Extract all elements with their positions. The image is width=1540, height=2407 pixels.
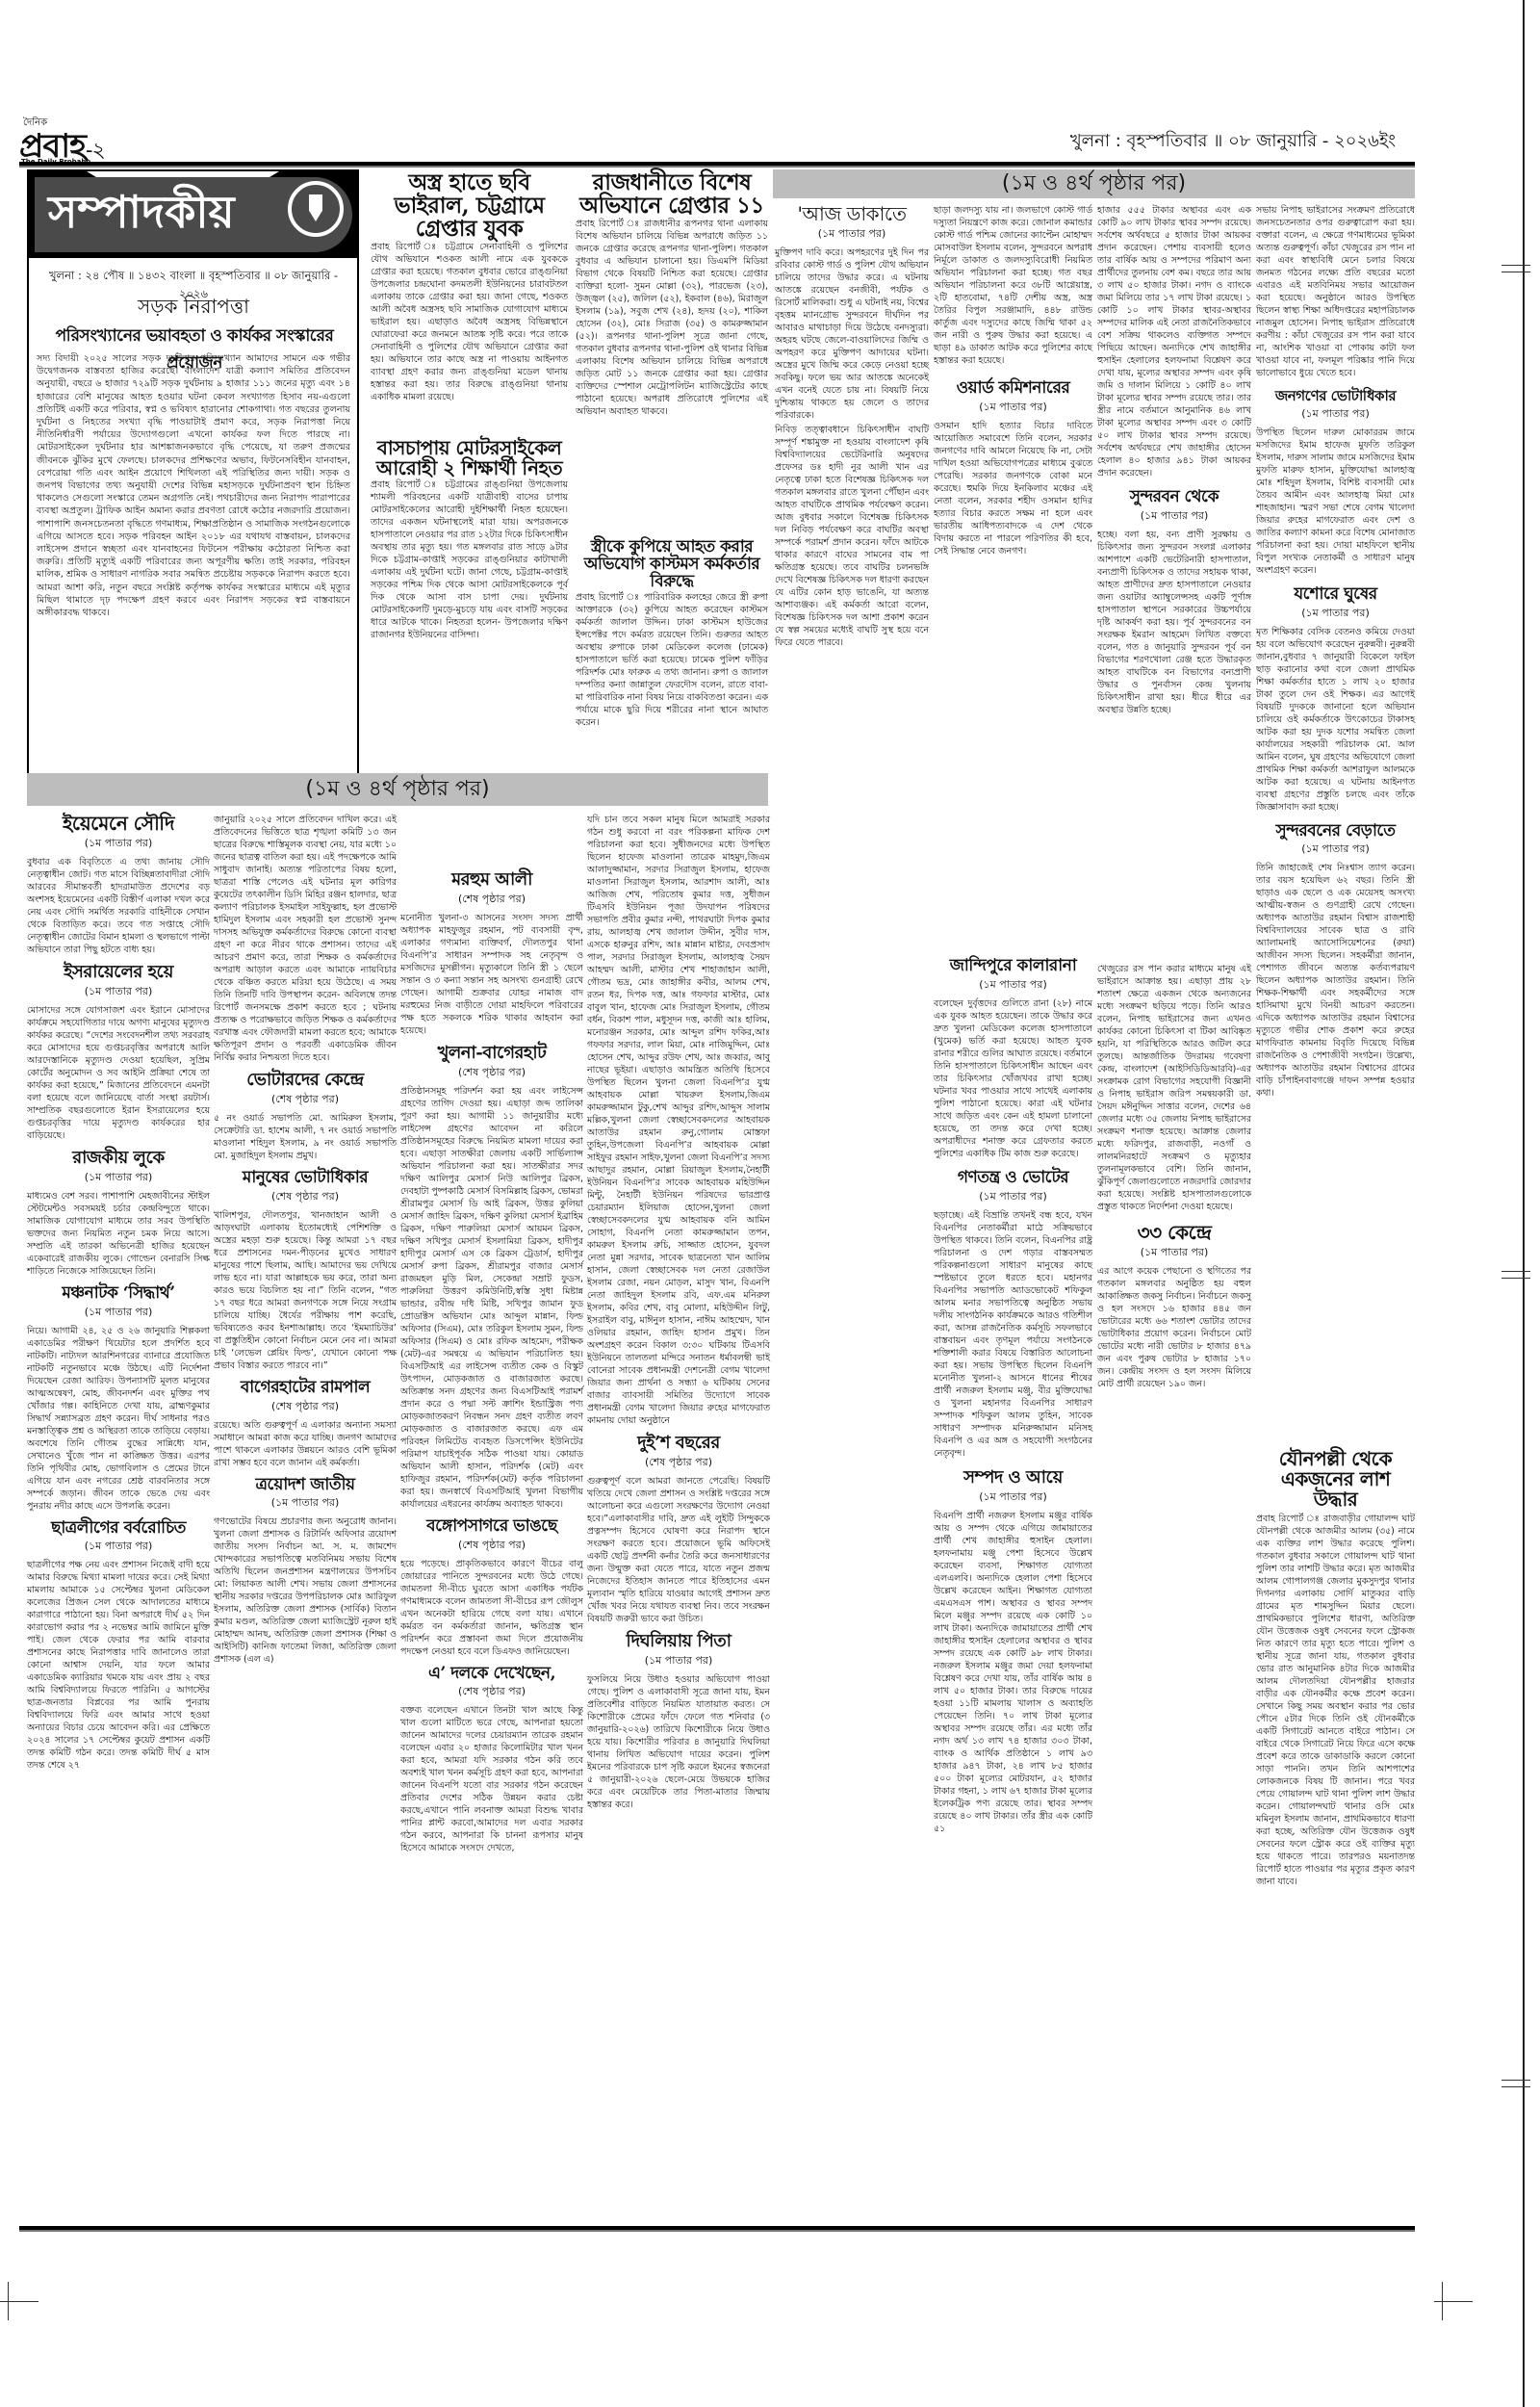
article-body: জানুয়ারি ২০২৫ সালে প্রতিবেদন দাখিল করে।… — [214, 814, 397, 1064]
fountain-pen-icon — [288, 181, 344, 237]
headline: ইসরায়েলের হয়ে — [27, 964, 210, 982]
headline: ত্রয়োদশ জাতীয় — [214, 1477, 397, 1494]
newspaper-logo: প্রবাহ-২ — [19, 121, 105, 176]
continuation-note: (শেষ পৃষ্ঠার পর) — [214, 1398, 397, 1416]
continuation-note: (১ম পাতার পর) — [27, 1538, 210, 1556]
headline: সুন্দরবনের বেড়াতে — [1256, 823, 1415, 841]
registration-tick — [1501, 2080, 1530, 2087]
article-body: হয়ে পড়েছে। প্রাকৃতিকভাবে কারণে বীচের ব… — [400, 1558, 583, 1658]
continuation-note: (১ম পাতার পর) — [587, 1652, 770, 1670]
article-body: মনোনীত খুলনা-৩ আসনের সংসদ সদস্য প্রার্থী… — [400, 912, 583, 1037]
headline: গণতন্ত্র ও ভোটের — [934, 1170, 1092, 1187]
article-col-4: যদি চান তবে সকল মানুষ মিলে আমরাই সরকার গ… — [587, 814, 770, 1811]
headline: বাসচাপায় মোটরসাইকেল আরোহী ২ শিক্ষার্থী … — [371, 438, 568, 479]
headline: সুন্দরবন থেকে — [1097, 489, 1251, 506]
article-col-2: জানুয়ারি ২০২৫ সালে প্রতিবেদন দাখিল করে।… — [214, 814, 397, 1666]
continuation-note: (১ম পাতার পর) — [1256, 405, 1415, 424]
headline: মানুষের ভোটাধিকার — [214, 1170, 397, 1187]
headline: ছাত্রলীগের বর্বরোচিত — [27, 1520, 210, 1538]
continuation-note: (১ম পাতার পর) — [27, 1169, 210, 1187]
continuation-note: (১ম পাতার পর) — [27, 835, 210, 853]
editorial-body: সদ্য বিদায়ী ২০২৫ সালের সড়ক দুর্ঘটনার প… — [37, 352, 350, 619]
article-body: মাধ্যমেও বেশ সরব। পাশাপাশি মেহজাবীনের স্… — [27, 1190, 210, 1278]
headline: সম্পদ ও আয়ে — [934, 1469, 1092, 1488]
article-body: উপস্থিত ছিলেন দারুল মোকাররম জামে মসজিদের… — [1256, 427, 1415, 577]
article-jandipur: জান্দিপুরে কালারানা (১ম পাতার পর) বলেছেন… — [934, 958, 1092, 1835]
masthead: দৈনিক প্রবাহ-২ The Daily Probaho — [19, 116, 212, 164]
article-body: প্রতিষ্ঠানসমূহ পরিদর্শন করা হয় এবং লাইস… — [400, 1085, 583, 1511]
article-body: তিনি জাহাজেই শেষ নিঃশ্বাস ত্যাগ করেন। তা… — [1256, 862, 1415, 1100]
article-body: প্রবাহ রিপোর্ট ঃ চট্টগ্রামে সেনাবাহিনী ও… — [371, 241, 568, 403]
continuation-note: (শেষ পৃষ্ঠার পর) — [214, 1188, 397, 1206]
continuation-band-top: (১ম ও ৪র্থ পৃষ্ঠার পর) — [773, 169, 1415, 198]
article-tiger-vet: খেজুরের রস পান করার মাধ্যমে মানুষ এই ভাই… — [1097, 963, 1251, 1390]
crop-mark-bottom-left — [0, 2282, 38, 2320]
headline: বাগেরহাটের রামপাল — [214, 1380, 397, 1397]
article-body: বিএনপি প্রার্থী নজরুল ইসলাম মঞ্জুর বার্ষ… — [934, 1510, 1092, 1835]
header-dateline: খুলনা : বৃহস্পতিবার ॥ ০৮ জানুয়ারি - ২০২… — [1070, 127, 1396, 157]
article-body: খালিশপুর, দৌলতপুর, খানজাহান আলী ও আড়ংঘা… — [214, 1209, 397, 1372]
continuation-note: (১ম পাতার পর) — [934, 976, 1092, 995]
headline: রাজকীয় লুকে — [27, 1150, 210, 1168]
article-body: মুক্তিপণ দাবি করে। অপহরণের দুই দিন পর রব… — [775, 246, 929, 422]
headline: জান্দিপুরে কালারানা — [934, 958, 1092, 975]
headline: দুই’শ বছরের — [587, 1435, 770, 1453]
continuation-band-middle: (১ম ও ৪র্থ পৃষ্ঠার পর) — [27, 773, 768, 806]
article-dhaka-arrest: রাজধানীতে বিশেষ অভিযানে গ্রেপ্তার ১১ প্র… — [576, 171, 768, 418]
article-col-1: ইয়েমেনে সৌদি (১ম পাতার পর) বুধবার এক বি… — [27, 814, 210, 1772]
headline: ওয়ার্ড কমিশনারের — [934, 380, 1092, 398]
headline: মঞ্চনাটক ‘সিদ্ধার্থ’ — [27, 1285, 210, 1303]
continuation-note: (১ম পাতার পর) — [934, 1488, 1092, 1507]
headline: 'আজ ডাকাতে — [775, 204, 929, 224]
headline: জনগণের ভোটাধিকার — [1256, 389, 1415, 404]
headline: রাজধানীতে বিশেষ অভিযানে গ্রেপ্তার ১১ — [576, 171, 768, 218]
headline: দিঘলিয়ায় পিতা — [587, 1633, 770, 1651]
article-nipah-meeting: সভায় নিপাহ ভাইরাসের সংক্রমণ প্রতিরোধে জ… — [1256, 204, 1415, 1100]
article-bus-crash: বাসচাপায় মোটরসাইকেল আরোহী ২ শিক্ষার্থী … — [371, 438, 568, 641]
continuation-note: (১ম পাতার পর) — [1256, 605, 1415, 623]
continuation-note: (শেষ পৃষ্ঠার পর) — [400, 1064, 583, 1082]
continuation-note: (শেষ পৃষ্ঠার পর) — [400, 891, 583, 909]
top-rule — [19, 162, 1415, 168]
headline: ৩৩ কেন্দ্রে — [1097, 1223, 1251, 1243]
article-body: ৫ নং ওয়ার্ড সভাপতি মো. আমিরুল ইসলাম, সে… — [214, 1112, 397, 1162]
continuation-note: (১ম পাতার পর) — [934, 1188, 1092, 1206]
article-chattogram-arrest: অস্ত্র হাতে ছবি ভাইরাল, চট্টগ্রামে গ্রেপ… — [371, 171, 568, 403]
crop-mark-bottom-right — [1434, 2282, 1473, 2320]
editorial-title: সম্পাদকীয় — [48, 179, 235, 252]
article-body: বলেছেন দুর্বৃত্তদের গুলিতে রানা (২৮) নাম… — [934, 997, 1092, 1160]
editorial-banner: সম্পাদকীয় — [29, 171, 357, 258]
continuation-note: (১ম পাতার পর) — [775, 225, 929, 244]
continuation-note: (শেষ পৃষ্ঠার পর) — [587, 1454, 770, 1472]
headline: খুলনা-বাগেরহাট — [400, 1045, 583, 1063]
article-body: ছাড়া জলদস্যু যায় না। জলভাগে কোস্ট গার্… — [934, 204, 1092, 367]
article-body: মৃত শিক্ষিকার বেসিক বেতনও কমিয়ে দেওয়া … — [1256, 626, 1415, 814]
headline: ভোটারদের কেন্দ্রে — [214, 1072, 397, 1090]
headline: মরহুম আলী — [400, 871, 583, 890]
continuation-note: (১ম পাতার পর) — [1256, 841, 1415, 859]
editorial-kicker: সড়ক নিরাপত্তা — [35, 293, 352, 324]
article-body: ফুসলিয়ে নিয়ে উধাও হওয়ার অভিযোগ পাওয়া… — [587, 1673, 770, 1811]
article-body: হাজার ৫৫৫ টাকার অস্থাবর এবং এক কোটি ৯০ ল… — [1097, 204, 1251, 479]
article-body: গণভোটের বিষয়ে প্রচারণার জন্য অনুরোধ জান… — [214, 1515, 397, 1666]
article-col-3: মরহুম আলী (শেষ পৃষ্ঠার পর) মনোনীত খুলনা-… — [400, 814, 583, 1854]
article-body: ওসমান হাদি হত্যার বিচার দাবিতে আয়োজিত স… — [934, 420, 1092, 557]
headline: স্ত্রীকে কুপিয়ে আহত করার অভিযোগ কাস্টমস… — [576, 539, 768, 591]
article-body: সভায় নিপাহ ভাইরাসের সংক্রমণ প্রতিরোধে জ… — [1256, 204, 1415, 379]
headline: যশোরে ঘুষের — [1256, 586, 1415, 604]
article-body: নিবিড় তত্ত্বাবধানে চিকিৎসাধীন বাঘটি সম্… — [775, 424, 929, 649]
article-coast-guard: ছাড়া জলদস্যু যায় না। জলভাগে কোস্ট গার্… — [934, 204, 1092, 557]
article-wealth: হাজার ৫৫৫ টাকার অস্থাবর এবং এক কোটি ৯০ ল… — [1097, 204, 1251, 716]
article-body: মোসাদের সঙ্গে যোগসাজশ এবং ইরানে মোসাদের … — [27, 1004, 210, 1142]
article-body: ছড়াচ্ছে। এই বিভ্রান্তি তখনই বন্ধ হবে, য… — [934, 1209, 1092, 1460]
continuation-note: (১ম পাতার পর) — [934, 399, 1092, 417]
article-body: প্রবাহ রিপোর্ট ঃ রাজবাড়ীর গোয়ালন্দ ঘাট… — [1256, 1513, 1415, 1888]
newspaper-page: দৈনিক প্রবাহ-২ The Daily Probaho খুলনা :… — [0, 0, 1540, 2407]
bottom-rule — [19, 2226, 1415, 2232]
headline: বঙ্গোপসাগরে ভাঙছে — [400, 1518, 583, 1536]
article-body: যদি চান তবে সকল মানুষ মিলে আমরাই সরকার গ… — [587, 814, 770, 1427]
article-customs-officer: স্ত্রীকে কুপিয়ে আহত করার অভিযোগ কাস্টমস… — [576, 539, 768, 729]
article-body: রয়েছে। অতি গুরুত্বপূর্ণ এ এলাকার অন্যান… — [214, 1419, 397, 1469]
continuation-note: (শেষ পৃষ্ঠার পর) — [214, 1091, 397, 1109]
continuation-note: (১ম পাতার পর) — [27, 983, 210, 1001]
continuation-note: (১ম পাতার পর) — [214, 1494, 397, 1513]
editorial-box: সম্পাদকীয় খুলনা : ২৪ পৌষ ॥ ১৪৩২ বাংলা ॥… — [27, 169, 359, 795]
continuation-note: (১ম পাতার পর) — [1097, 1244, 1251, 1262]
article-body: নিয়ে। আগামী ২৪, ২৫ ও ২৬ জানুয়ারি শিল্প… — [27, 1325, 210, 1513]
article-body: গুরুত্বপূর্ণ বলে আমরা জানতে পেরেছি। বিষয… — [587, 1475, 770, 1625]
headline: যৌনপল্লী থেকে একজনের লাশ উদ্ধার — [1256, 1449, 1415, 1510]
registration-tick — [1501, 1271, 1530, 1279]
continuation-note: (শেষ পৃষ্ঠার পর) — [400, 1537, 583, 1555]
article-body: ছাত্রলীগের পক্ষ নেয় এবং প্রশাসন নিজেই ব… — [27, 1559, 210, 1772]
article-body: বক্তব্য বলেছেন এখানে তিনটা খাল আছে কিন্ত… — [400, 1704, 583, 1854]
article-33-centre: যৌনপল্লী থেকে একজনের লাশ উদ্ধার প্রবাহ র… — [1256, 1449, 1415, 1898]
continuation-note: (১ম পাতার পর) — [1097, 507, 1251, 526]
article-body: প্রবাহ রিপোর্ট ঃ পারিবারিক কলহের জেরে স্… — [576, 591, 768, 729]
continuation-note: (শেষ পৃষ্ঠার পর) — [400, 1683, 583, 1701]
article-aaj-dakate: 'আজ ডাকাতে (১ম পাতার পর) মুক্তিপণ দাবি ক… — [775, 204, 929, 649]
article-body: বুধবার এক বিবৃতিতে এ তথ্য জানায় সৌদি নে… — [27, 856, 210, 956]
article-body: এর আগে কয়েক পেছানো ও স্থগিতের পর গতকাল … — [1097, 1265, 1251, 1390]
headline: অস্ত্র হাতে ছবি ভাইরাল, চট্টগ্রামে গ্রেপ… — [371, 171, 568, 241]
registration-tick — [1501, 265, 1530, 272]
article-body: খেজুরের রস পান করার মাধ্যমে মানুষ এই ভাই… — [1097, 963, 1251, 1213]
headline: এ’ দলকে দেখেছেন, — [400, 1666, 583, 1683]
headline: ইয়েমেনে সৌদি — [27, 814, 210, 834]
page-edge-rule — [1523, 0, 1525, 2407]
article-body: হচ্ছে। বলা হয়, বন্য প্রাণী সুরক্ষায় ও … — [1097, 529, 1251, 716]
article-body: প্রবাহ রিপোর্ট ঃ চট্টগ্রামের রাঙ্গুনিয়া… — [371, 479, 568, 641]
article-body: প্রবাহ রিপোর্ট ঃ রাজধানীর রূপনগর থানা এল… — [576, 218, 768, 418]
continuation-note: (১ম পাতার পর) — [27, 1304, 210, 1322]
